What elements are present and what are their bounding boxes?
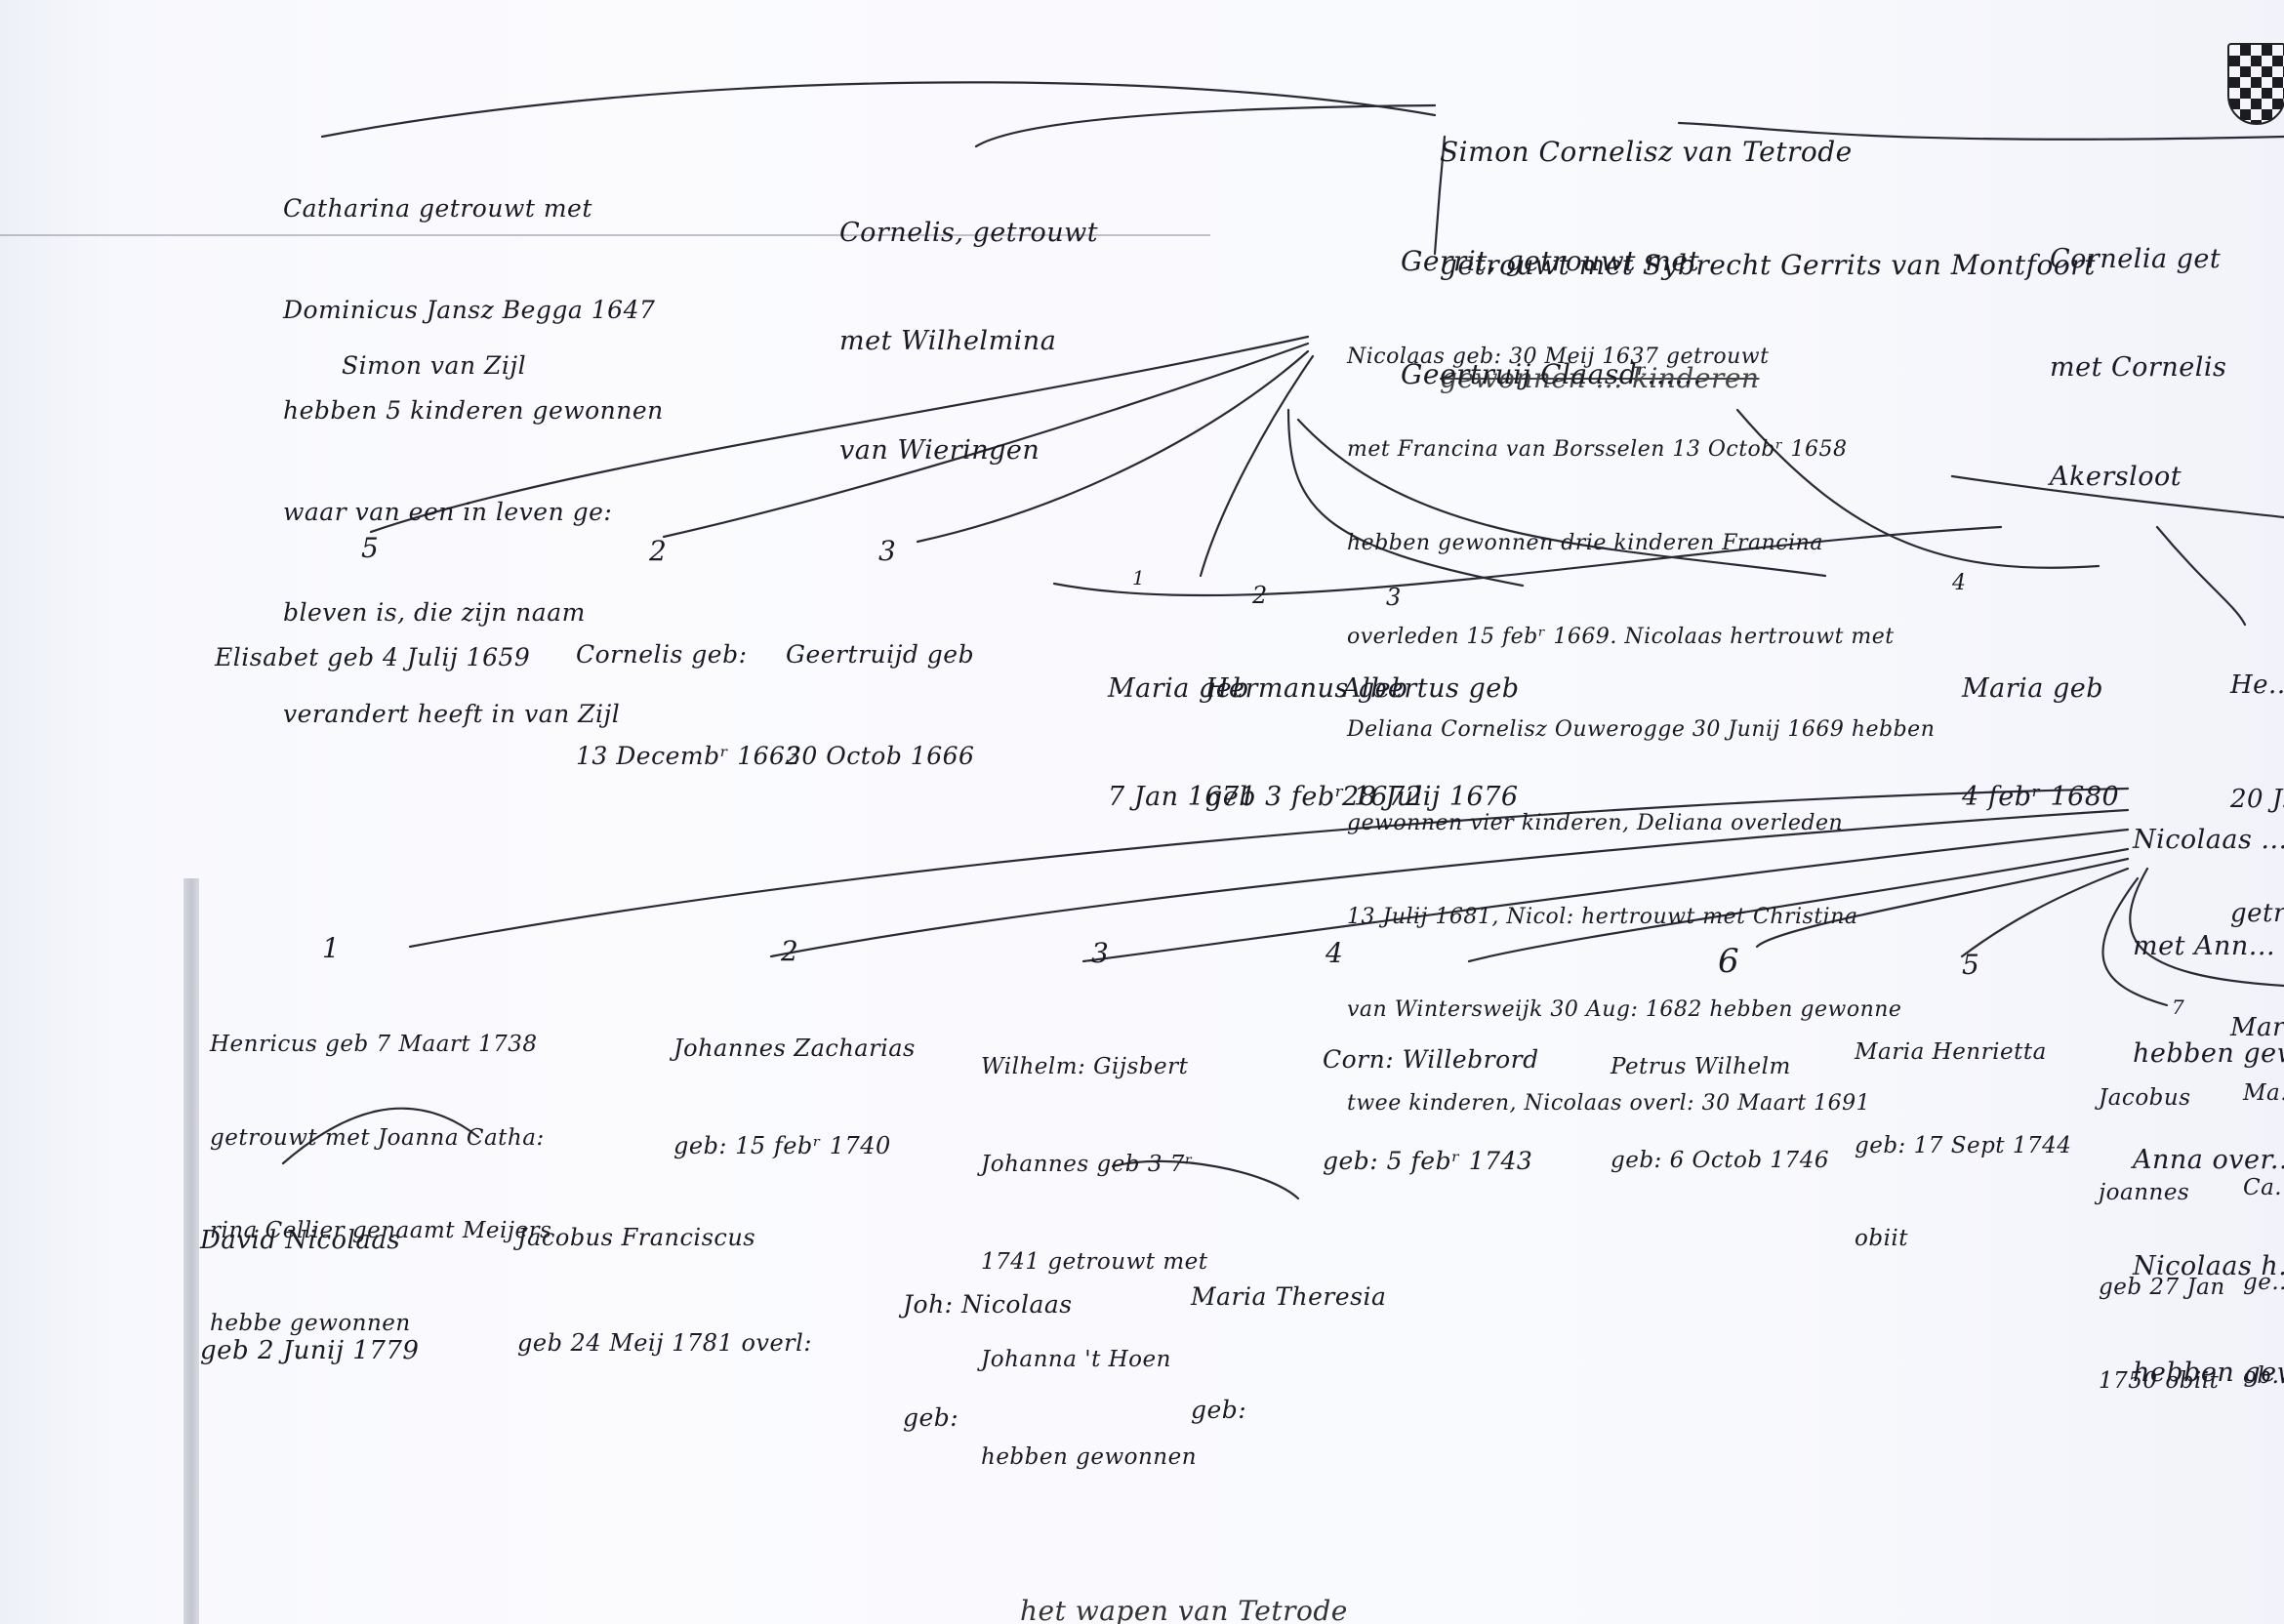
entry-line: geb:: [903, 1400, 1073, 1438]
entry-line: Nicolaas ...: [2133, 823, 2284, 858]
entry-line: Akersloot: [2050, 459, 2226, 495]
child-number: 2: [781, 935, 798, 967]
entry-cornelis-1662: Cornelis geb: 13 Decembʳ 1662: [576, 571, 801, 807]
entry-line: Cornelia get: [2050, 241, 2226, 277]
entry-cut-off-right-2: Ma... Ca... ge... ob...: [2243, 1015, 2284, 1423]
entry-line: geb 27 Jan: [2099, 1272, 2225, 1303]
entry-elisabet: Elisabet geb 4 Julij 1659: [215, 574, 530, 709]
entry-cornelia: Cornelia get met Cornelis Akersloot: [2050, 168, 2226, 532]
entry-line: ob...: [2243, 1360, 2284, 1392]
root-name: Simon Cornelisz van Tetrode: [1440, 134, 2096, 172]
entry-line: Johannes Zacharias: [673, 1033, 916, 1065]
entry-jacobus-joannes: Jacobus joannes geb 27 Jan 1750 obiit: [2099, 1020, 2225, 1428]
entry-line: Wilhelm: Gijsbert: [981, 1051, 1207, 1083]
entry-line: Corn: Willebrord: [1323, 1043, 1539, 1077]
entry-line: Maria Henrietta: [1855, 1037, 2071, 1069]
entry-joh-nicolaas: Joh: Nicolaas geb:: [903, 1210, 1073, 1475]
entry-line: Nicolaas geb: 30 Meij 1637 getrouwt: [1347, 342, 1935, 373]
entry-jacobus-franciscus: Jacobus Franciscus geb 24 Meij 1781 over…: [517, 1150, 812, 1396]
entry-line: 4 febʳ 1680: [1962, 779, 2119, 815]
entry-david-nicolaas: David Nicolaas geb 2 Junij 1779: [200, 1150, 419, 1407]
entry-line: ge...: [2243, 1267, 2284, 1298]
entry-line: met Ann...: [2133, 929, 2284, 964]
entry-corn-willebrord: Corn: Willebrord geb: 5 febʳ 1743: [1323, 976, 1539, 1212]
entry-line: Joh: Nicolaas: [903, 1286, 1073, 1324]
entry-maria-henrietta: Maria Henrietta geb: 17 Sept 1744 obiit: [1855, 976, 2071, 1285]
entry-line: 13 Decembʳ 1662: [576, 740, 801, 774]
entry-line: Henricus geb 7 Maart 1738: [210, 1030, 551, 1061]
child-number: 3: [878, 535, 896, 567]
child-number: 5: [361, 532, 379, 564]
entry-line: met Wilhelmina: [839, 323, 1098, 359]
entry-geertruijd: Geertruijd geb 30 Octob 1666: [786, 571, 974, 807]
entry-line: David Nicolaas: [200, 1223, 419, 1260]
entry-line: Elisabet geb 4 Julij 1659: [215, 641, 530, 675]
entry-simon-van-zijl: Simon van Zijl: [342, 349, 526, 384]
entry-line: Maria Theresia: [1191, 1279, 1386, 1317]
child-number: 7: [2172, 995, 2184, 1019]
entry-line: hebben 5 kinderen gewonnen: [283, 394, 664, 428]
entry-maria-theresia: Maria Theresia geb:: [1191, 1202, 1386, 1467]
entry-line: Cornelis, getrouwt: [839, 215, 1098, 251]
child-number: 6: [1718, 942, 1739, 981]
entry-line: geb 2 Junij 1779: [200, 1333, 419, 1370]
child-number: 4: [1952, 571, 1966, 595]
child-number: 1: [1132, 566, 1145, 589]
entry-line: 30 Octob 1666: [786, 740, 974, 774]
child-number: 3: [1091, 937, 1109, 969]
entry-line: joannes: [2099, 1177, 2225, 1208]
entry-line: Jacobus: [2099, 1082, 2225, 1114]
entry-line: Johannes geb 3 7ʳ: [981, 1149, 1207, 1181]
entry-line: geb: 6 Octob 1746: [1611, 1146, 1829, 1177]
child-number: 1: [322, 932, 340, 964]
entry-line: geb:: [1191, 1392, 1386, 1430]
entry-line: Petrus Wilhelm: [1611, 1052, 1829, 1083]
entry-line: obiit: [1855, 1224, 2071, 1255]
entry-line: met Cornelis: [2050, 349, 2226, 386]
entry-line: Dominicus Jansz Begga 1647: [283, 294, 664, 328]
footer-caption: het wapen van Tetrode: [1020, 1593, 1348, 1624]
entry-line: Jacobus Franciscus: [517, 1220, 812, 1255]
entry-line: Gerrit, getrouwt met: [1401, 243, 1702, 281]
entry-line: hebben gewonnen drie kinderen Francina: [1347, 528, 1935, 559]
entry-maria-1680: Maria geb 4 febʳ 1680: [1962, 597, 2119, 852]
entry-line: geb: 5 febʳ 1743: [1323, 1145, 1539, 1179]
entry-line: 1750 obiit: [2099, 1365, 2225, 1397]
entry-line: waar van een in leven ge:: [283, 496, 664, 530]
entry-line: 13 Julij 1681, Nicol: hertrouwt met Chri…: [1347, 902, 1935, 933]
child-number: 4: [1326, 937, 1343, 969]
entry-line: geb: 17 Sept 1744: [1855, 1131, 2071, 1162]
entry-line: Albertus geb: [1342, 670, 1520, 707]
entry-line: Ca...: [2243, 1172, 2284, 1203]
entry-line: met Francina van Borsselen 13 Octobʳ 165…: [1347, 434, 1935, 466]
entry-line: He...: [2230, 667, 2284, 705]
entry-line: Geertruijd geb: [786, 638, 974, 672]
entry-cornelis: Cornelis, getrouwt met Wilhelmina van Wi…: [839, 142, 1098, 506]
entry-line: 28 Julij 1676: [1342, 779, 1520, 815]
entry-line: geb 24 Meij 1781 overl:: [517, 1325, 812, 1360]
entry-line: Catharina getrouwt met: [283, 192, 664, 226]
child-number: 2: [649, 535, 667, 567]
checkered-coat-of-arms-icon: [2227, 43, 2284, 125]
entry-line: Ma...: [2243, 1077, 2284, 1109]
entry-albertus: Albertus geb 28 Julij 1676: [1342, 597, 1520, 852]
entry-line: Maria geb: [1962, 670, 2119, 707]
entry-line: van Wieringen: [839, 432, 1098, 468]
entry-petrus-wilhelm: Petrus Wilhelm geb: 6 Octob 1746: [1611, 991, 1829, 1207]
entry-line: Cornelis geb:: [576, 638, 801, 672]
